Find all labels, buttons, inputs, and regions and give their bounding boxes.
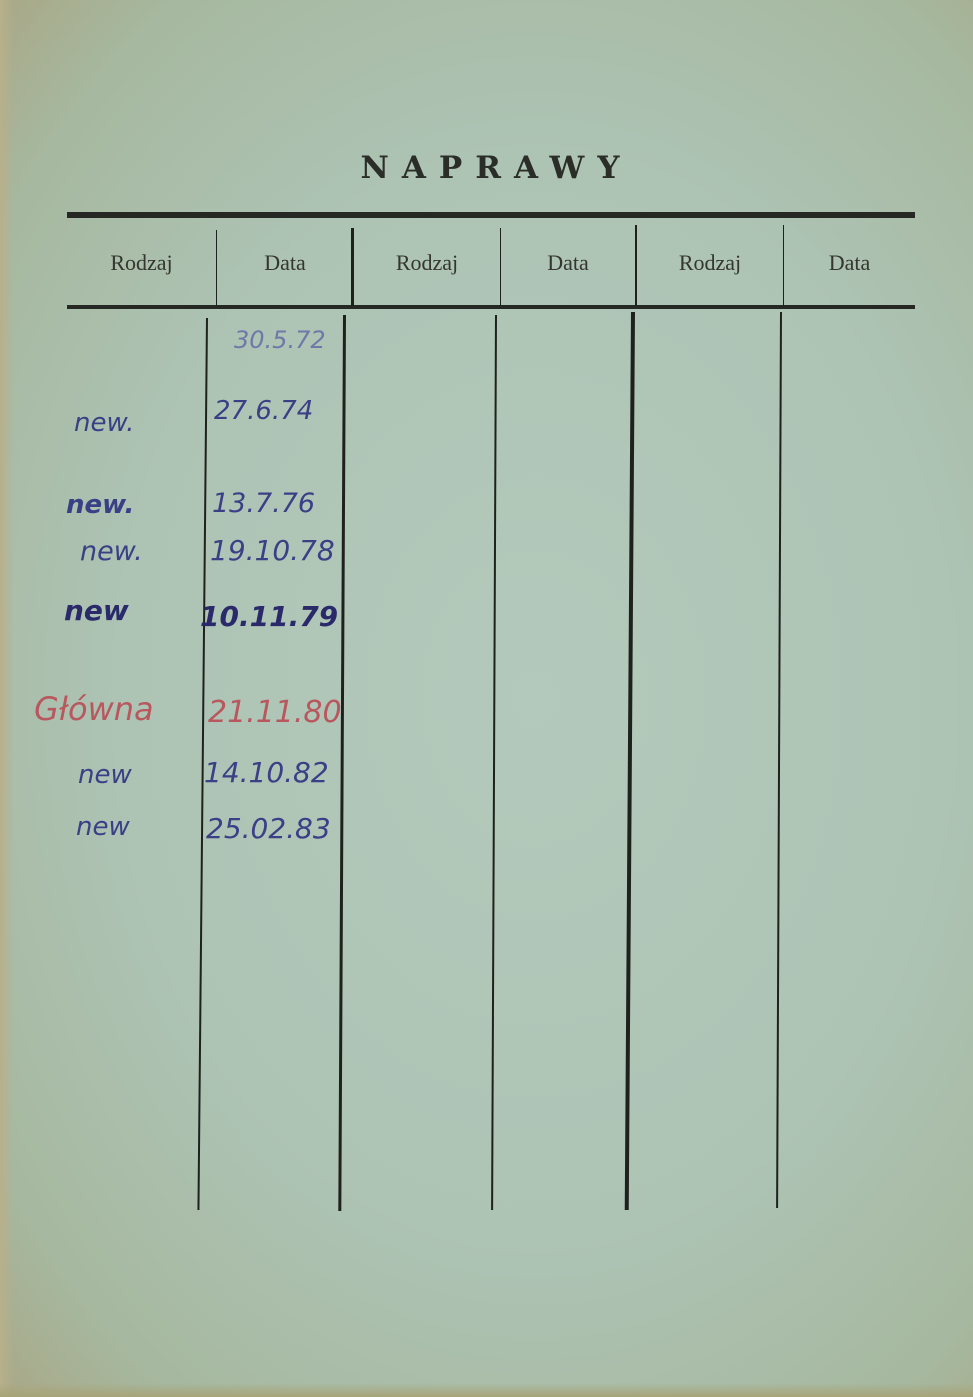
- header-bottom-rule: [67, 305, 915, 309]
- entry-type: new.: [80, 536, 143, 567]
- column-divider-3: [491, 315, 497, 1210]
- header-rodzaj-3: Rodzaj: [637, 250, 783, 276]
- entry-type: new: [64, 594, 129, 627]
- entry-date: 10.11.79: [200, 600, 338, 633]
- page-title: NAPRAWY: [0, 150, 973, 186]
- header-data-1: Data: [218, 250, 352, 276]
- entry-date: 19.10.78: [210, 534, 335, 567]
- entry-date: 21.11.80: [208, 695, 342, 730]
- entry-date: 14.10.82: [204, 756, 329, 789]
- header-rodzaj-1: Rodzaj: [67, 250, 216, 276]
- entry-date: 25.02.83: [206, 812, 331, 845]
- paper-edge-bottom: [0, 1383, 973, 1397]
- column-divider-5: [776, 312, 782, 1208]
- header-data-3: Data: [784, 250, 915, 276]
- header-data-2: Data: [501, 250, 635, 276]
- paper-edge-left: [0, 0, 14, 1397]
- entry-date: 13.7.76: [212, 488, 315, 519]
- column-divider-2: [338, 315, 346, 1211]
- header-divider-1: [216, 230, 217, 306]
- entry-date: 30.5.72: [234, 326, 326, 354]
- column-divider-4: [625, 312, 635, 1210]
- entry-date: 27.6.74: [214, 396, 313, 426]
- entry-type: new: [76, 812, 130, 842]
- entry-type: new: [78, 760, 132, 790]
- entry-type: new.: [66, 490, 134, 520]
- header-rodzaj-2: Rodzaj: [354, 250, 500, 276]
- entry-type: new.: [74, 408, 134, 438]
- header-top-rule: [67, 212, 915, 218]
- entry-type: Główna: [34, 690, 154, 728]
